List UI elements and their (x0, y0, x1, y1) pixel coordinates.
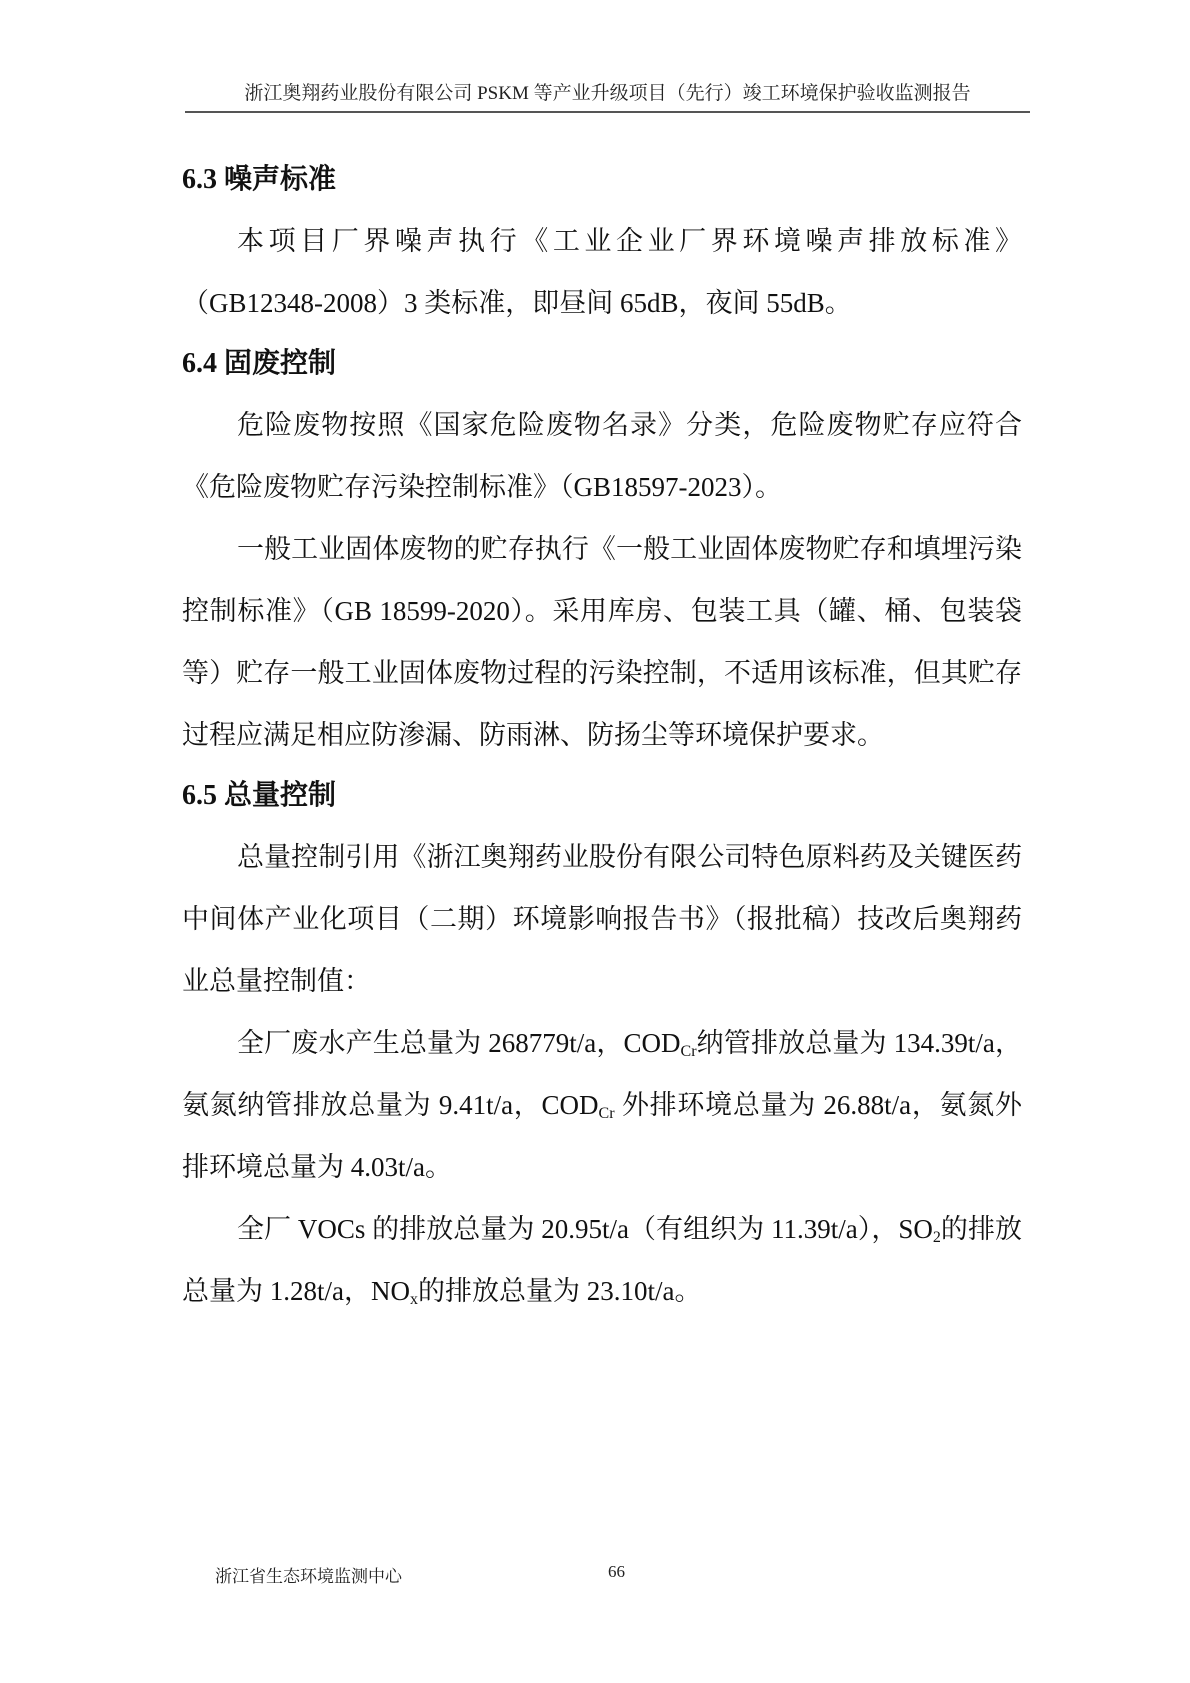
section-heading-6-4: 6.4 固废控制 (182, 334, 1022, 394)
text-run: 的 (941, 1214, 968, 1244)
text-line: 12348-2008）3 类标准，即昼间 65dB，夜间 55dB。 (247, 288, 852, 318)
paragraph-total-control-reference: 总量控制引用《浙江奥翔药业股份有限公司特色原料药及关键医药中间体产业化项目（二期… (182, 826, 1022, 1012)
text-line: 危险废物按照《国家危险废物名录》分类，危险废物贮存应符合 (237, 410, 1022, 440)
document-body: 6.3 噪声标准 本项目厂界噪声执行《工业企业厂界环境噪声排放标准》（GB123… (182, 150, 1022, 1322)
paragraph-wastewater-totals: 全厂废水产生总量为 268779t/a，CODCr纳管排放总量为 134.39t… (182, 1012, 1022, 1198)
text-run: 纳管排放总量为 134.39t/a， (697, 1028, 1022, 1058)
text-run: 氨氮纳管排放总量为 9.41t/a，COD (182, 1090, 599, 1120)
text-run: 全厂废水产生总量为 268779t/a，COD (237, 1028, 681, 1058)
running-header: 浙江奥翔药业股份有限公司 PSKM 等产业升级项目（先行）竣工环境保护验收监测报… (185, 82, 1030, 106)
text-line: 一般工业固体废物的贮存执行《一般工业固体废物贮存和填埋污 (237, 534, 995, 564)
paragraph-general-solid-waste: 一般工业固体废物的贮存执行《一般工业固体废物贮存和填埋污染控制标准》（GB 18… (182, 518, 1022, 766)
text-run: 的排放总量为 23.10t/a。 (418, 1276, 702, 1306)
text-line: 总量控制引用《浙江奥翔药业股份有限公司特色原料药及关键医 (237, 842, 995, 872)
text-run: 全厂 VOCs 的排放总量为 20.95t/a（有组织为 11.39t/a），S… (237, 1214, 933, 1244)
page-number: 66 (608, 1562, 625, 1582)
subscript-cr: Cr (599, 1105, 615, 1122)
paragraph-hazardous-waste: 危险废物按照《国家危险废物名录》分类，危险废物贮存应符合《危险废物贮存污染控制标… (182, 394, 1022, 518)
paragraph-air-emission-totals: 全厂 VOCs 的排放总量为 20.95t/a（有组织为 11.39t/a），S… (182, 1198, 1022, 1322)
text-line: 《危险废物贮存污染控制标准》（GB18597-2023）。 (182, 472, 782, 502)
header-rule (185, 111, 1030, 113)
section-heading-6-3: 6.3 噪声标准 (182, 150, 1022, 210)
section-heading-6-5: 6.5 总量控制 (182, 766, 1022, 826)
subscript-2: 2 (933, 1229, 941, 1246)
subscript-x: x (410, 1291, 418, 1308)
subscript-cr: Cr (681, 1043, 697, 1060)
text-run: 外排环境总量为 26.88t/a，氨氮 (615, 1090, 995, 1120)
footer-organization: 浙江省生态环境监测中心 (215, 1562, 402, 1587)
paragraph-noise-standard: 本项目厂界噪声执行《工业企业厂界环境噪声排放标准》（GB12348-2008）3… (182, 210, 1022, 334)
